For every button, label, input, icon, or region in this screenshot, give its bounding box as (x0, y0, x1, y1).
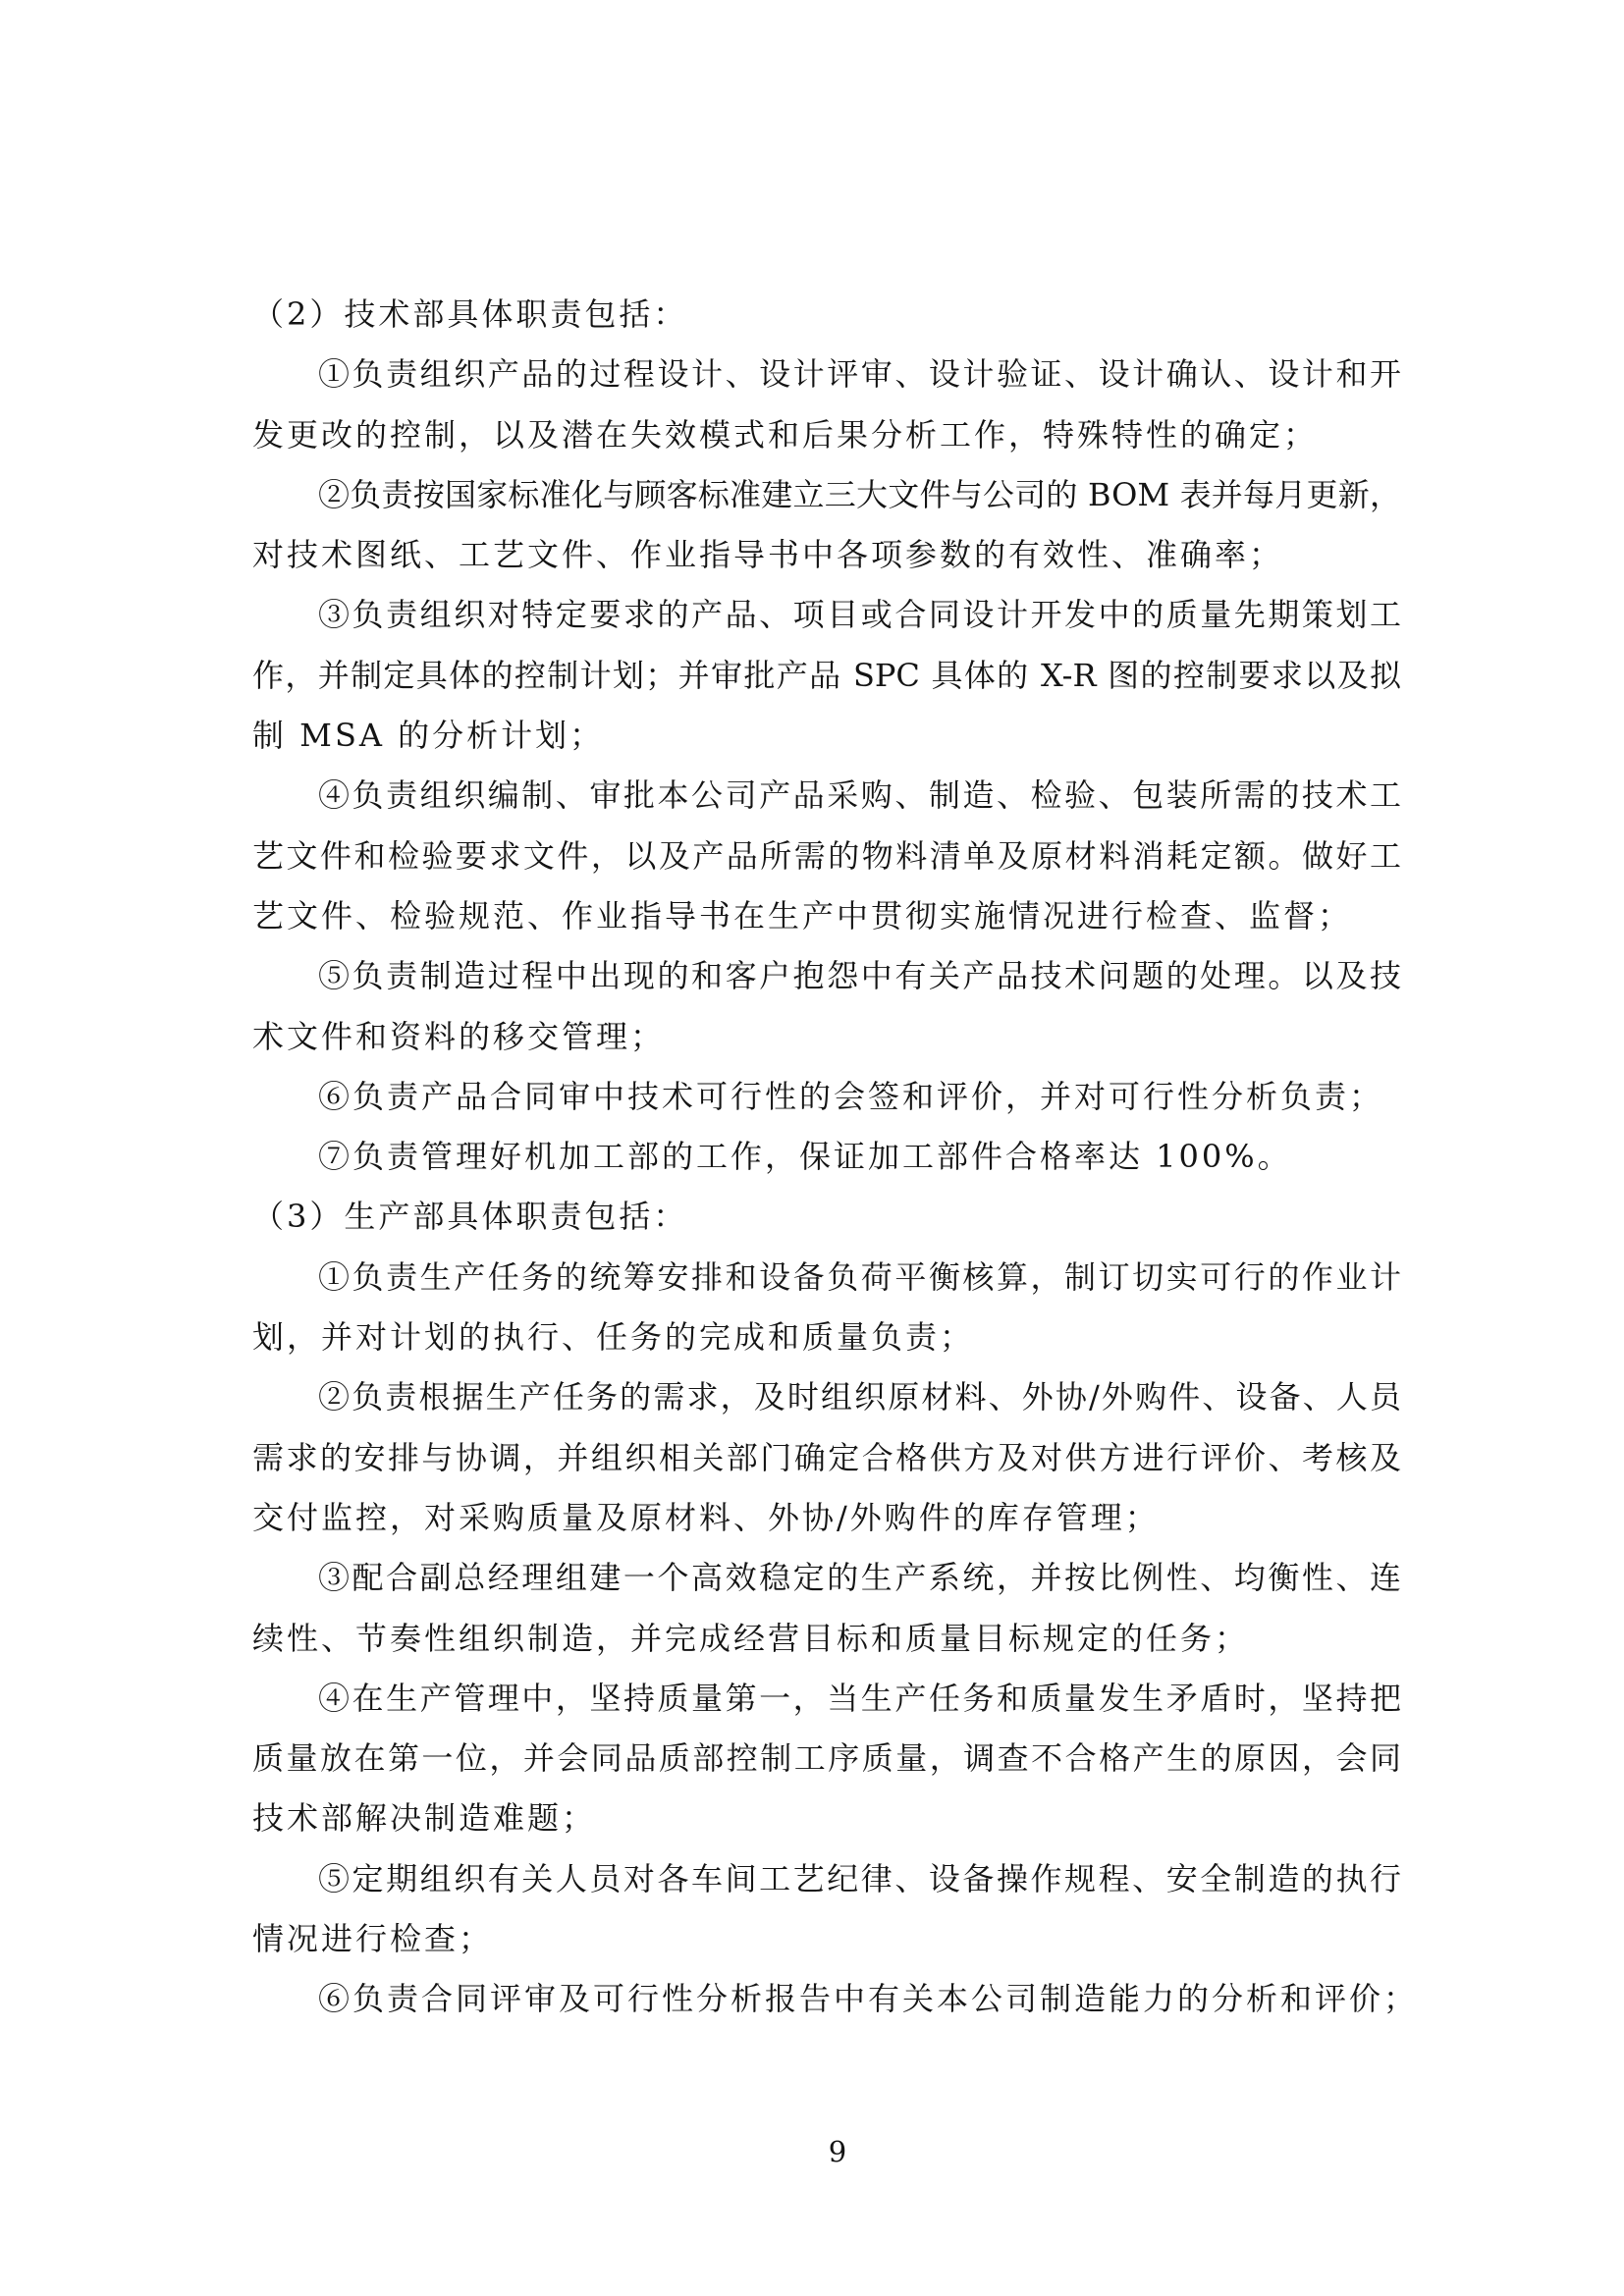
doc-line: 技术部解决制造难题； (252, 1789, 1401, 1848)
document-body: （2）技术部具体职责包括： ①负责组织产品的过程设计、设计评审、设计验证、设计确… (252, 285, 1401, 2030)
doc-line: 划，并对计划的执行、任务的完成和质量负责； (252, 1308, 1401, 1367)
doc-line: 对技术图纸、工艺文件、作业指导书中各项参数的有效性、准确率； (252, 525, 1401, 585)
section-heading: （2）技术部具体职责包括： (252, 285, 1401, 345)
doc-line: 术文件和资料的移交管理； (252, 1007, 1401, 1067)
doc-line: ⑦负责管理好机加工部的工作，保证加工部件合格率达 100%。 (252, 1127, 1401, 1187)
doc-line: 发更改的控制，以及潜在失效模式和后果分析工作，特殊特性的确定； (252, 405, 1401, 465)
doc-line: 制 MSA 的分析计划； (252, 706, 1401, 766)
doc-line: ①负责生产任务的统筹安排和设备负荷平衡核算，制订切实可行的作业计 (252, 1248, 1401, 1308)
document-page: （2）技术部具体职责包括： ①负责组织产品的过程设计、设计评审、设计验证、设计确… (0, 0, 1624, 2296)
doc-line: ⑥负责合同评审及可行性分析报告中有关本公司制造能力的分析和评价； (252, 1969, 1401, 2029)
doc-line: 作，并制定具体的控制计划；并审批产品 SPC 具体的 X-R 图的控制要求以及拟 (252, 646, 1401, 706)
doc-line: ④在生产管理中，坚持质量第一，当生产任务和质量发生矛盾时，坚持把 (252, 1669, 1401, 1729)
doc-line: ①负责组织产品的过程设计、设计评审、设计验证、设计确认、设计和开 (252, 345, 1401, 404)
doc-line: 质量放在第一位，并会同品质部控制工序质量，调查不合格产生的原因，会同 (252, 1729, 1401, 1789)
doc-line: 续性、节奏性组织制造，并完成经营目标和质量目标规定的任务； (252, 1609, 1401, 1669)
doc-line: 需求的安排与协调，并组织相关部门确定合格供方及对供方进行评价、考核及 (252, 1428, 1401, 1488)
doc-line: ②负责根据生产任务的需求，及时组织原材料、外协/外购件、设备、人员 (252, 1367, 1401, 1427)
doc-line: ⑤定期组织有关人员对各车间工艺纪律、设备操作规程、安全制造的执行 (252, 1849, 1401, 1909)
doc-line: ③配合副总经理组建一个高效稳定的生产系统，并按比例性、均衡性、连 (252, 1548, 1401, 1608)
doc-line: ③负责组织对特定要求的产品、项目或合同设计开发中的质量先期策划工 (252, 585, 1401, 645)
page-number: 9 (829, 2132, 846, 2171)
doc-line: 情况进行检查； (252, 1909, 1401, 1969)
doc-line: 艺文件和检验要求文件，以及产品所需的物料清单及原材料消耗定额。做好工 (252, 827, 1401, 886)
doc-line: ②负责按国家标准化与顾客标准建立三大文件与公司的 BOM 表并每月更新， (252, 465, 1401, 525)
doc-line: ⑤负责制造过程中出现的和客户抱怨中有关产品技术问题的处理。以及技 (252, 946, 1401, 1006)
doc-line: 交付监控，对采购质量及原材料、外协/外购件的库存管理； (252, 1488, 1401, 1548)
doc-line: ⑥负责产品合同审中技术可行性的会签和评价，并对可行性分析负责； (252, 1067, 1401, 1127)
doc-line: ④负责组织编制、审批本公司产品采购、制造、检验、包装所需的技术工 (252, 766, 1401, 826)
doc-line: 艺文件、检验规范、作业指导书在生产中贯彻实施情况进行检查、监督； (252, 886, 1401, 946)
section-heading: （3）生产部具体职责包括： (252, 1187, 1401, 1247)
